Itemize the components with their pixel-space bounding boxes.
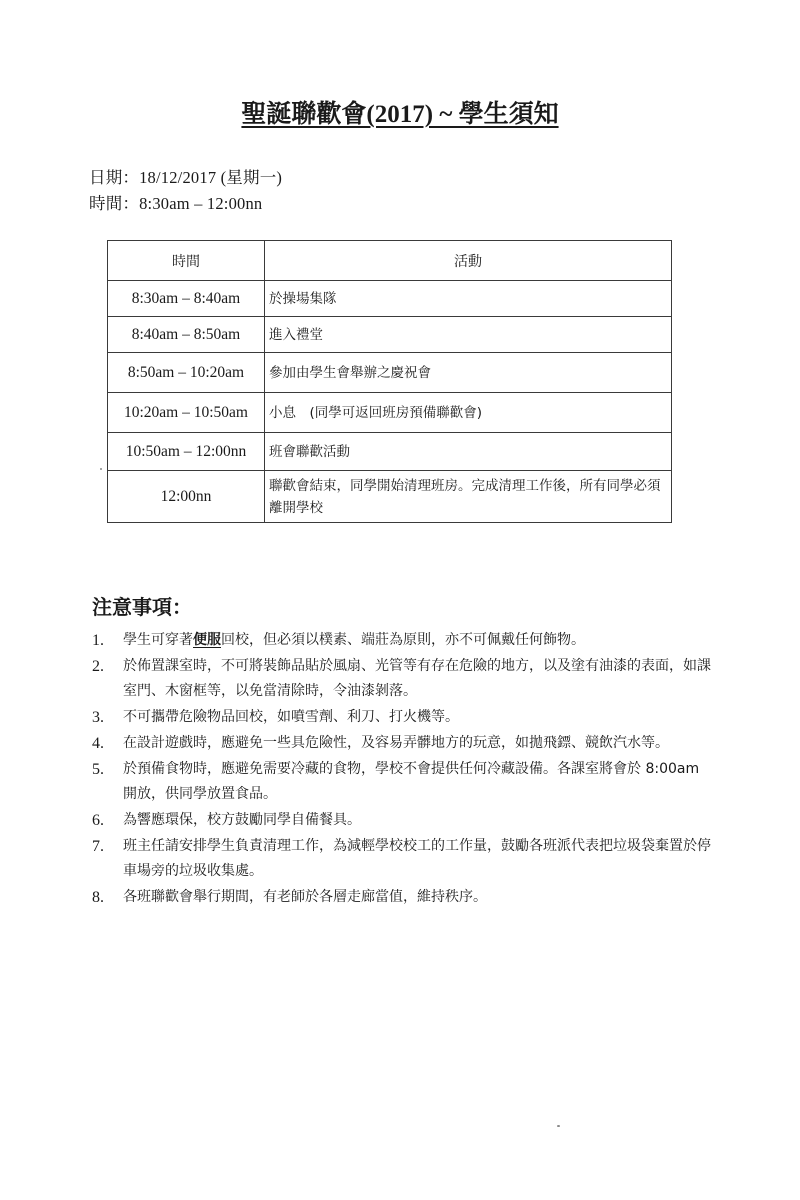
activity-cell: 進入禮堂 [265,317,672,353]
schedule-table: 時間 活動 8:30am – 8:40am 於操場集隊 8:40am – 8:5… [107,240,672,523]
table-row: 8:40am – 8:50am 進入禮堂 [108,317,672,353]
note-number: 7. [92,834,104,859]
notes-heading: 注意事項： [92,591,192,620]
note-number: 1. [92,628,104,653]
activity-cell: 聯歡會結束，同學開始清理班房。完成清理工作後，所有同學必須離開學校 [265,471,672,523]
table-row: 10:20am – 10:50am 小息 (同學可返回班房預備聯歡會) [108,393,672,433]
event-time: 時間：8:30am – 12:00nn [89,190,262,214]
table-row: 12:00nn 聯歡會結束，同學開始清理班房。完成清理工作後，所有同學必須離開學… [108,471,672,523]
document-title: 聖誕聯歡會(2017) ~ 學生須知 [0,94,800,130]
event-date: 日期：18/12/2017 (星期一) [89,164,282,188]
note-number: 3. [92,705,104,730]
time-cell: 12:00nn [108,471,265,523]
note-item: 1.學生可穿著便服回校，但必須以樸素、端莊為原則，亦不可佩戴任何飾物。 [92,628,712,653]
note-item: 7.班主任請安排學生負責清理工作，為減輕學校校工的工作量，鼓勵各班派代表把垃圾袋… [92,834,712,884]
time-cell: 8:30am – 8:40am [108,281,265,317]
notes-list: 1.學生可穿著便服回校，但必須以樸素、端莊為原則，亦不可佩戴任何飾物。 2.於佈… [92,628,712,911]
note-item: 4.在設計遊戲時，應避免一些具危險性，及容易弄髒地方的玩意，如拋飛鏢、競飲汽水等… [92,731,712,756]
table-header-row: 時間 活動 [108,241,672,281]
table-row: 8:30am – 8:40am 於操場集隊 [108,281,672,317]
time-cell: 8:40am – 8:50am [108,317,265,353]
activity-cell: 班會聯歡活動 [265,433,672,471]
note-number: 6. [92,808,104,833]
time-cell: 8:50am – 10:20am [108,353,265,393]
note-item: 2.於佈置課室時，不可將裝飾品貼於風扇、光管等有存在危險的地方，以及塗有油漆的表… [92,654,712,704]
activity-cell: 參加由學生會舉辦之慶祝會 [265,353,672,393]
note-number: 5. [92,757,104,782]
note-item: 3.不可攜帶危險物品回校，如噴雪劑、利刀、打火機等。 [92,705,712,730]
underlined-emphasis: 便服 [193,632,221,648]
scan-speck [557,1125,560,1127]
scan-speck [100,468,102,470]
note-item: 6.為響應環保，校方鼓勵同學自備餐具。 [92,808,712,833]
time-cell: 10:50am – 12:00nn [108,433,265,471]
activity-cell: 於操場集隊 [265,281,672,317]
note-item: 8.各班聯歡會舉行期間，有老師於各層走廊當值，維持秩序。 [92,885,712,910]
header-activity: 活動 [265,241,672,281]
note-number: 4. [92,731,104,756]
activity-cell: 小息 (同學可返回班房預備聯歡會) [265,393,672,433]
note-number: 2. [92,654,104,679]
header-time: 時間 [108,241,265,281]
table-row: 8:50am – 10:20am 參加由學生會舉辦之慶祝會 [108,353,672,393]
note-number: 8. [92,885,104,910]
time-cell: 10:20am – 10:50am [108,393,265,433]
note-item: 5.於預備食物時，應避免需要冷藏的食物，學校不會提供任何冷藏設備。各課室將會於 … [92,757,712,807]
table-row: 10:50am – 12:00nn 班會聯歡活動 [108,433,672,471]
